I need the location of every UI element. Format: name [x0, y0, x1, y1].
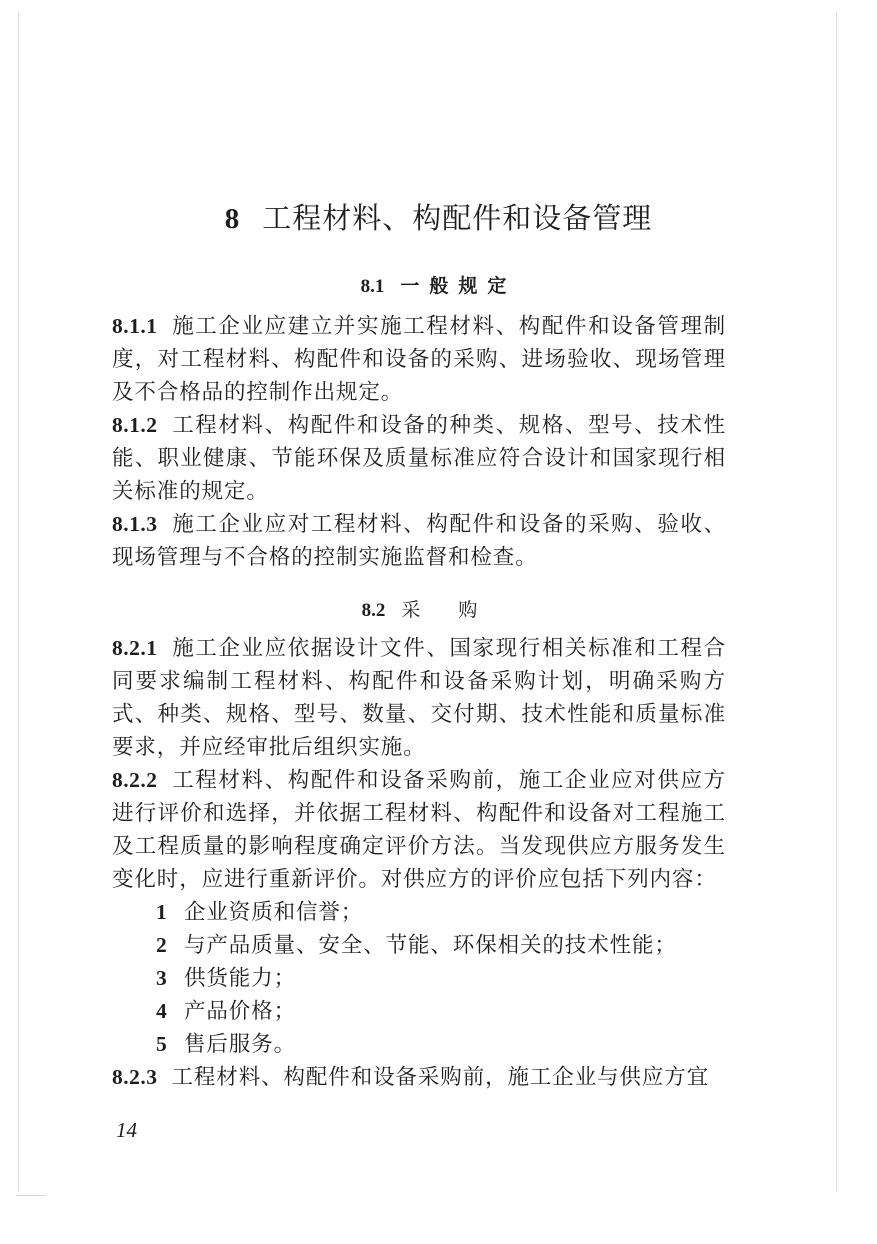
list-item-text: 售后服务。	[184, 1032, 296, 1057]
clause-text: 施工企业应建立并实施工程材料、构配件和设备管理制度，对工程材料、构配件和设备的采…	[112, 314, 726, 405]
list-item-number: 5	[156, 1028, 168, 1061]
clause-number: 8.1.2	[112, 413, 158, 437]
clause-8-2-1: 8.2.1施工企业应依据设计文件、国家现行相关标准和工程合同要求编制工程材料、构…	[112, 632, 726, 764]
list-item-number: 3	[156, 962, 168, 995]
section-title: 采购	[401, 599, 515, 621]
clause-number: 8.1.1	[112, 314, 158, 338]
list-item: 4产品价格；	[156, 995, 296, 1028]
list-item-number: 2	[156, 929, 168, 962]
list-item-text: 企业资质和信誉；	[184, 900, 363, 925]
page-edge-foot	[16, 1195, 46, 1196]
section-heading-8-2: 8.2采购	[0, 595, 877, 622]
section-heading-8-1: 8.1一般规定	[0, 271, 877, 298]
list-item: 5售后服务。	[156, 1028, 296, 1061]
page-number: 14	[116, 1118, 137, 1143]
list-item-text: 供货能力；	[184, 966, 296, 991]
clause-number: 8.1.3	[112, 512, 158, 536]
chapter-number: 8	[225, 203, 241, 235]
clause-text: 工程材料、构配件和设备采购前，施工企业与供应方宜	[172, 1065, 710, 1090]
clause-8-2-3: 8.2.3工程材料、构配件和设备采购前，施工企业与供应方宜	[112, 1061, 726, 1094]
section-number: 8.1	[361, 276, 385, 297]
clause-text: 施工企业应依据设计文件、国家现行相关标准和工程合同要求编制工程材料、构配件和设备…	[112, 636, 726, 760]
clause-text: 工程材料、构配件和设备的种类、规格、型号、技术性能、职业健康、节能环保及质量标准…	[112, 413, 726, 504]
clause-number: 8.2.1	[112, 636, 158, 660]
clause-number: 8.2.3	[112, 1065, 158, 1089]
chapter-title-text: 工程材料、构配件和设备管理	[262, 201, 652, 235]
clause-8-1-1: 8.1.1施工企业应建立并实施工程材料、构配件和设备管理制度，对工程材料、构配件…	[112, 310, 726, 409]
list-item-text: 与产品质量、安全、节能、环保相关的技术性能；	[184, 933, 677, 958]
list-item-number: 1	[156, 896, 168, 929]
clause-text: 工程材料、构配件和设备采购前，施工企业应对供应方进行评价和选择，并依据工程材料、…	[112, 768, 726, 892]
clause-8-1-2: 8.1.2工程材料、构配件和设备的种类、规格、型号、技术性能、职业健康、节能环保…	[112, 409, 726, 508]
clause-text: 施工企业应对工程材料、构配件和设备的采购、验收、现场管理与不合格的控制实施监督和…	[112, 512, 726, 570]
clause-8-1-3: 8.1.3施工企业应对工程材料、构配件和设备的采购、验收、现场管理与不合格的控制…	[112, 508, 726, 574]
list-item-text: 产品价格；	[184, 999, 296, 1024]
section-title: 一般规定	[400, 275, 516, 297]
list-item: 1企业资质和信誉；	[156, 896, 363, 929]
chapter-title: 8工程材料、构配件和设备管理	[0, 196, 877, 237]
list-item: 3供货能力；	[156, 962, 296, 995]
list-item-number: 4	[156, 995, 168, 1028]
section-number: 8.2	[362, 600, 386, 621]
clause-number: 8.2.2	[112, 768, 158, 792]
clause-8-2-2: 8.2.2工程材料、构配件和设备采购前，施工企业应对供应方进行评价和选择，并依据…	[112, 764, 726, 896]
list-item: 2与产品质量、安全、节能、环保相关的技术性能；	[156, 929, 677, 962]
